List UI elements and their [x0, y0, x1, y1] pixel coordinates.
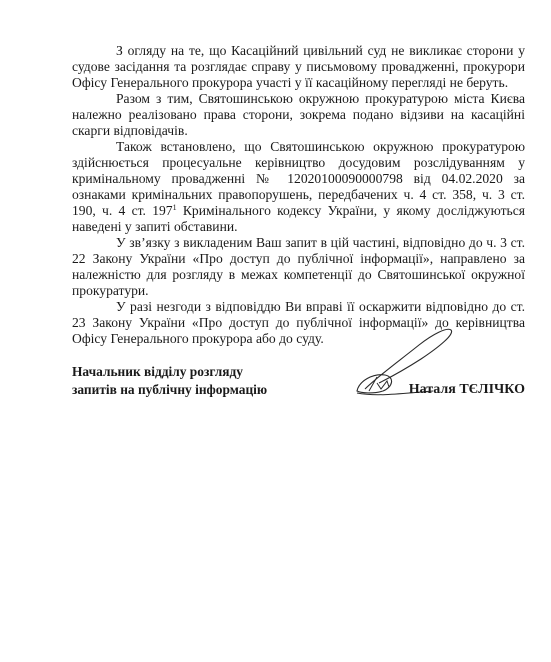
- letter-body: З огляду на те, що Касаційний цивільний …: [72, 43, 525, 347]
- paragraph-rights-realized: Разом з тим, Святошинською окружною прок…: [72, 91, 525, 139]
- signatory-title-line1: Начальник відділу розгляду: [72, 363, 267, 381]
- signatory-title-line2: запитів на публічну інформацію: [72, 381, 267, 399]
- paragraph-criminal-proceedings: Також встановлено, що Святошинською окру…: [72, 139, 525, 235]
- signature-block: Начальник відділу розгляду запитів на пу…: [72, 363, 525, 403]
- signatory-title: Начальник відділу розгляду запитів на пу…: [72, 363, 267, 399]
- paragraph-appeal-rights: У разі незгоди з відповіддю Ви вправі її…: [72, 299, 525, 347]
- document-page: З огляду на те, що Касаційний цивільний …: [0, 0, 551, 662]
- paragraph-court-hearing: З огляду на те, що Касаційний цивільний …: [72, 43, 525, 91]
- signatory-name: Наталя ТЄЛІЧКО: [409, 381, 525, 399]
- paragraph-request-forwarded: У зв’язку з викладеним Ваш запит в цій ч…: [72, 235, 525, 299]
